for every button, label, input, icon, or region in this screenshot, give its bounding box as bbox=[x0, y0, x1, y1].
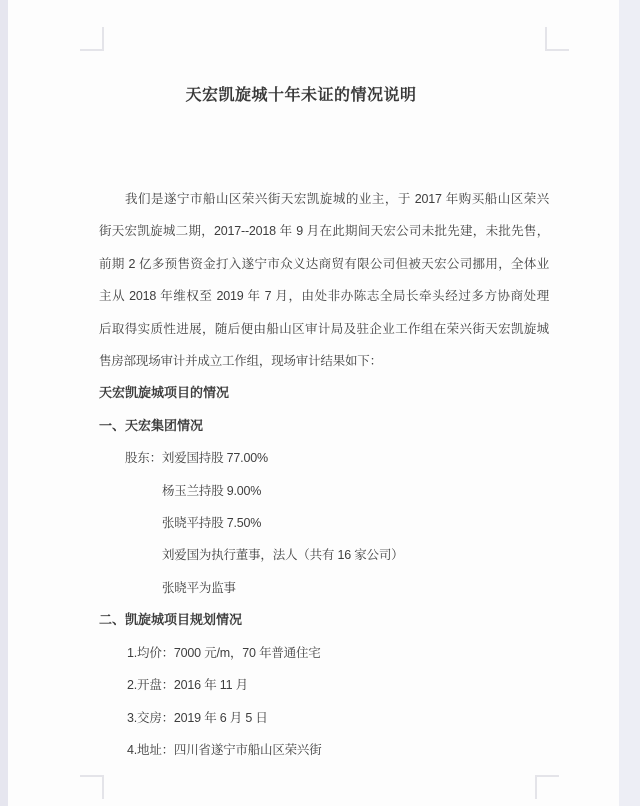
paragraph-line: 我们是遂宁市船山区荣兴街天宏凯旋城的业主，于 2017 年购买船山区荣兴 bbox=[99, 183, 549, 215]
plan-list-item: 3.交房：2019 年 6 月 5 日 bbox=[99, 702, 549, 734]
crop-mark-bottom-right bbox=[535, 775, 559, 799]
section-heading-overview: 天宏凯旋城项目的情况 bbox=[99, 377, 549, 409]
shareholder-item: 刘爱国为执行董事，法人（共有 16 家公司） bbox=[99, 539, 549, 571]
paragraph-line: 后取得实质性进展，随后便由船山区审计局及驻企业工作组在荣兴街天宏凯旋城 bbox=[99, 313, 549, 345]
plan-list-item: 4.地址：四川省遂宁市船山区荣兴街 bbox=[99, 734, 549, 766]
crop-mark-top-left bbox=[80, 27, 104, 51]
paragraph-line: 前期 2 亿多预售资金打入遂宁市众义达商贸有限公司但被天宏公司挪用，全体业 bbox=[99, 248, 549, 280]
shareholder-item: 张晓平为监事 bbox=[99, 572, 549, 604]
crop-mark-bottom-left bbox=[80, 775, 104, 799]
photo-left-gutter bbox=[0, 0, 8, 806]
paragraph-line: 街天宏凯旋城二期，2017--2018 年 9 月在此期间天宏公司未批先建，未批… bbox=[99, 215, 549, 247]
photo-right-gutter bbox=[619, 0, 640, 806]
plan-list-item: 1.均价：7000 元/m，70 年普通住宅 bbox=[99, 637, 549, 669]
document-body: 我们是遂宁市船山区荣兴街天宏凯旋城的业主，于 2017 年购买船山区荣兴 街天宏… bbox=[99, 183, 549, 766]
section-heading-group: 一、天宏集团情况 bbox=[99, 410, 549, 442]
document-title: 天宏凯旋城十年未证的情况说明 bbox=[76, 82, 526, 105]
crop-mark-top-right bbox=[545, 27, 569, 51]
document-page: { "page": { "title": "天宏凯旋城十年未证的情况说明" },… bbox=[0, 0, 640, 806]
shareholder-lead-item: 股东：刘爱国持股 77.00% bbox=[99, 442, 549, 474]
section-heading-plan: 二、凯旋城项目规划情况 bbox=[99, 604, 549, 636]
plan-list-item: 2.开盘：2016 年 11 月 bbox=[99, 669, 549, 701]
paragraph-line: 主从 2018 年维权至 2019 年 7 月，由处非办陈志全局长牵头经过多方协… bbox=[99, 280, 549, 312]
paragraph-line: 售房部现场审计并成立工作组，现场审计结果如下： bbox=[99, 345, 549, 377]
shareholder-item: 杨玉兰持股 9.00% bbox=[99, 475, 549, 507]
shareholder-item: 张晓平持股 7.50% bbox=[99, 507, 549, 539]
